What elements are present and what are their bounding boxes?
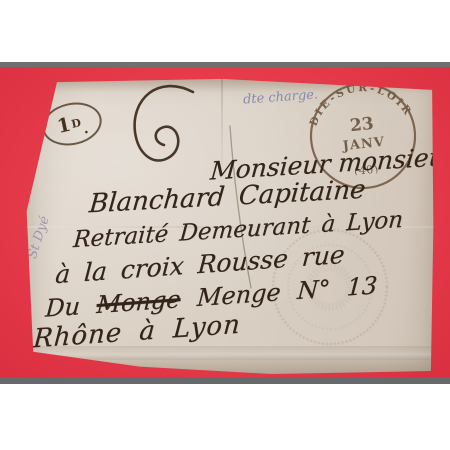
address-line-5-pre: Du xyxy=(44,292,81,323)
blue-annotation-town: St Dyé xyxy=(25,214,53,260)
rate-exponent-text: D xyxy=(70,117,82,130)
rate-dot-text: . xyxy=(82,122,90,137)
bottom-white-band xyxy=(0,384,450,450)
datestamp-day-text: 23 xyxy=(349,114,375,136)
rate-oval-stamp: 1D. xyxy=(38,97,105,151)
red-backdrop: DIE-SUR-LOIR 23 JANV (40) 1D. dte charge… xyxy=(0,67,450,377)
letter-paper: DIE-SUR-LOIR 23 JANV (40) 1D. dte charge… xyxy=(25,78,435,374)
top-white-band xyxy=(0,0,450,62)
bottom-separator-line xyxy=(0,377,450,384)
cover-photo-page: DIE-SUR-LOIR 23 JANV (40) 1D. dte charge… xyxy=(0,0,450,450)
